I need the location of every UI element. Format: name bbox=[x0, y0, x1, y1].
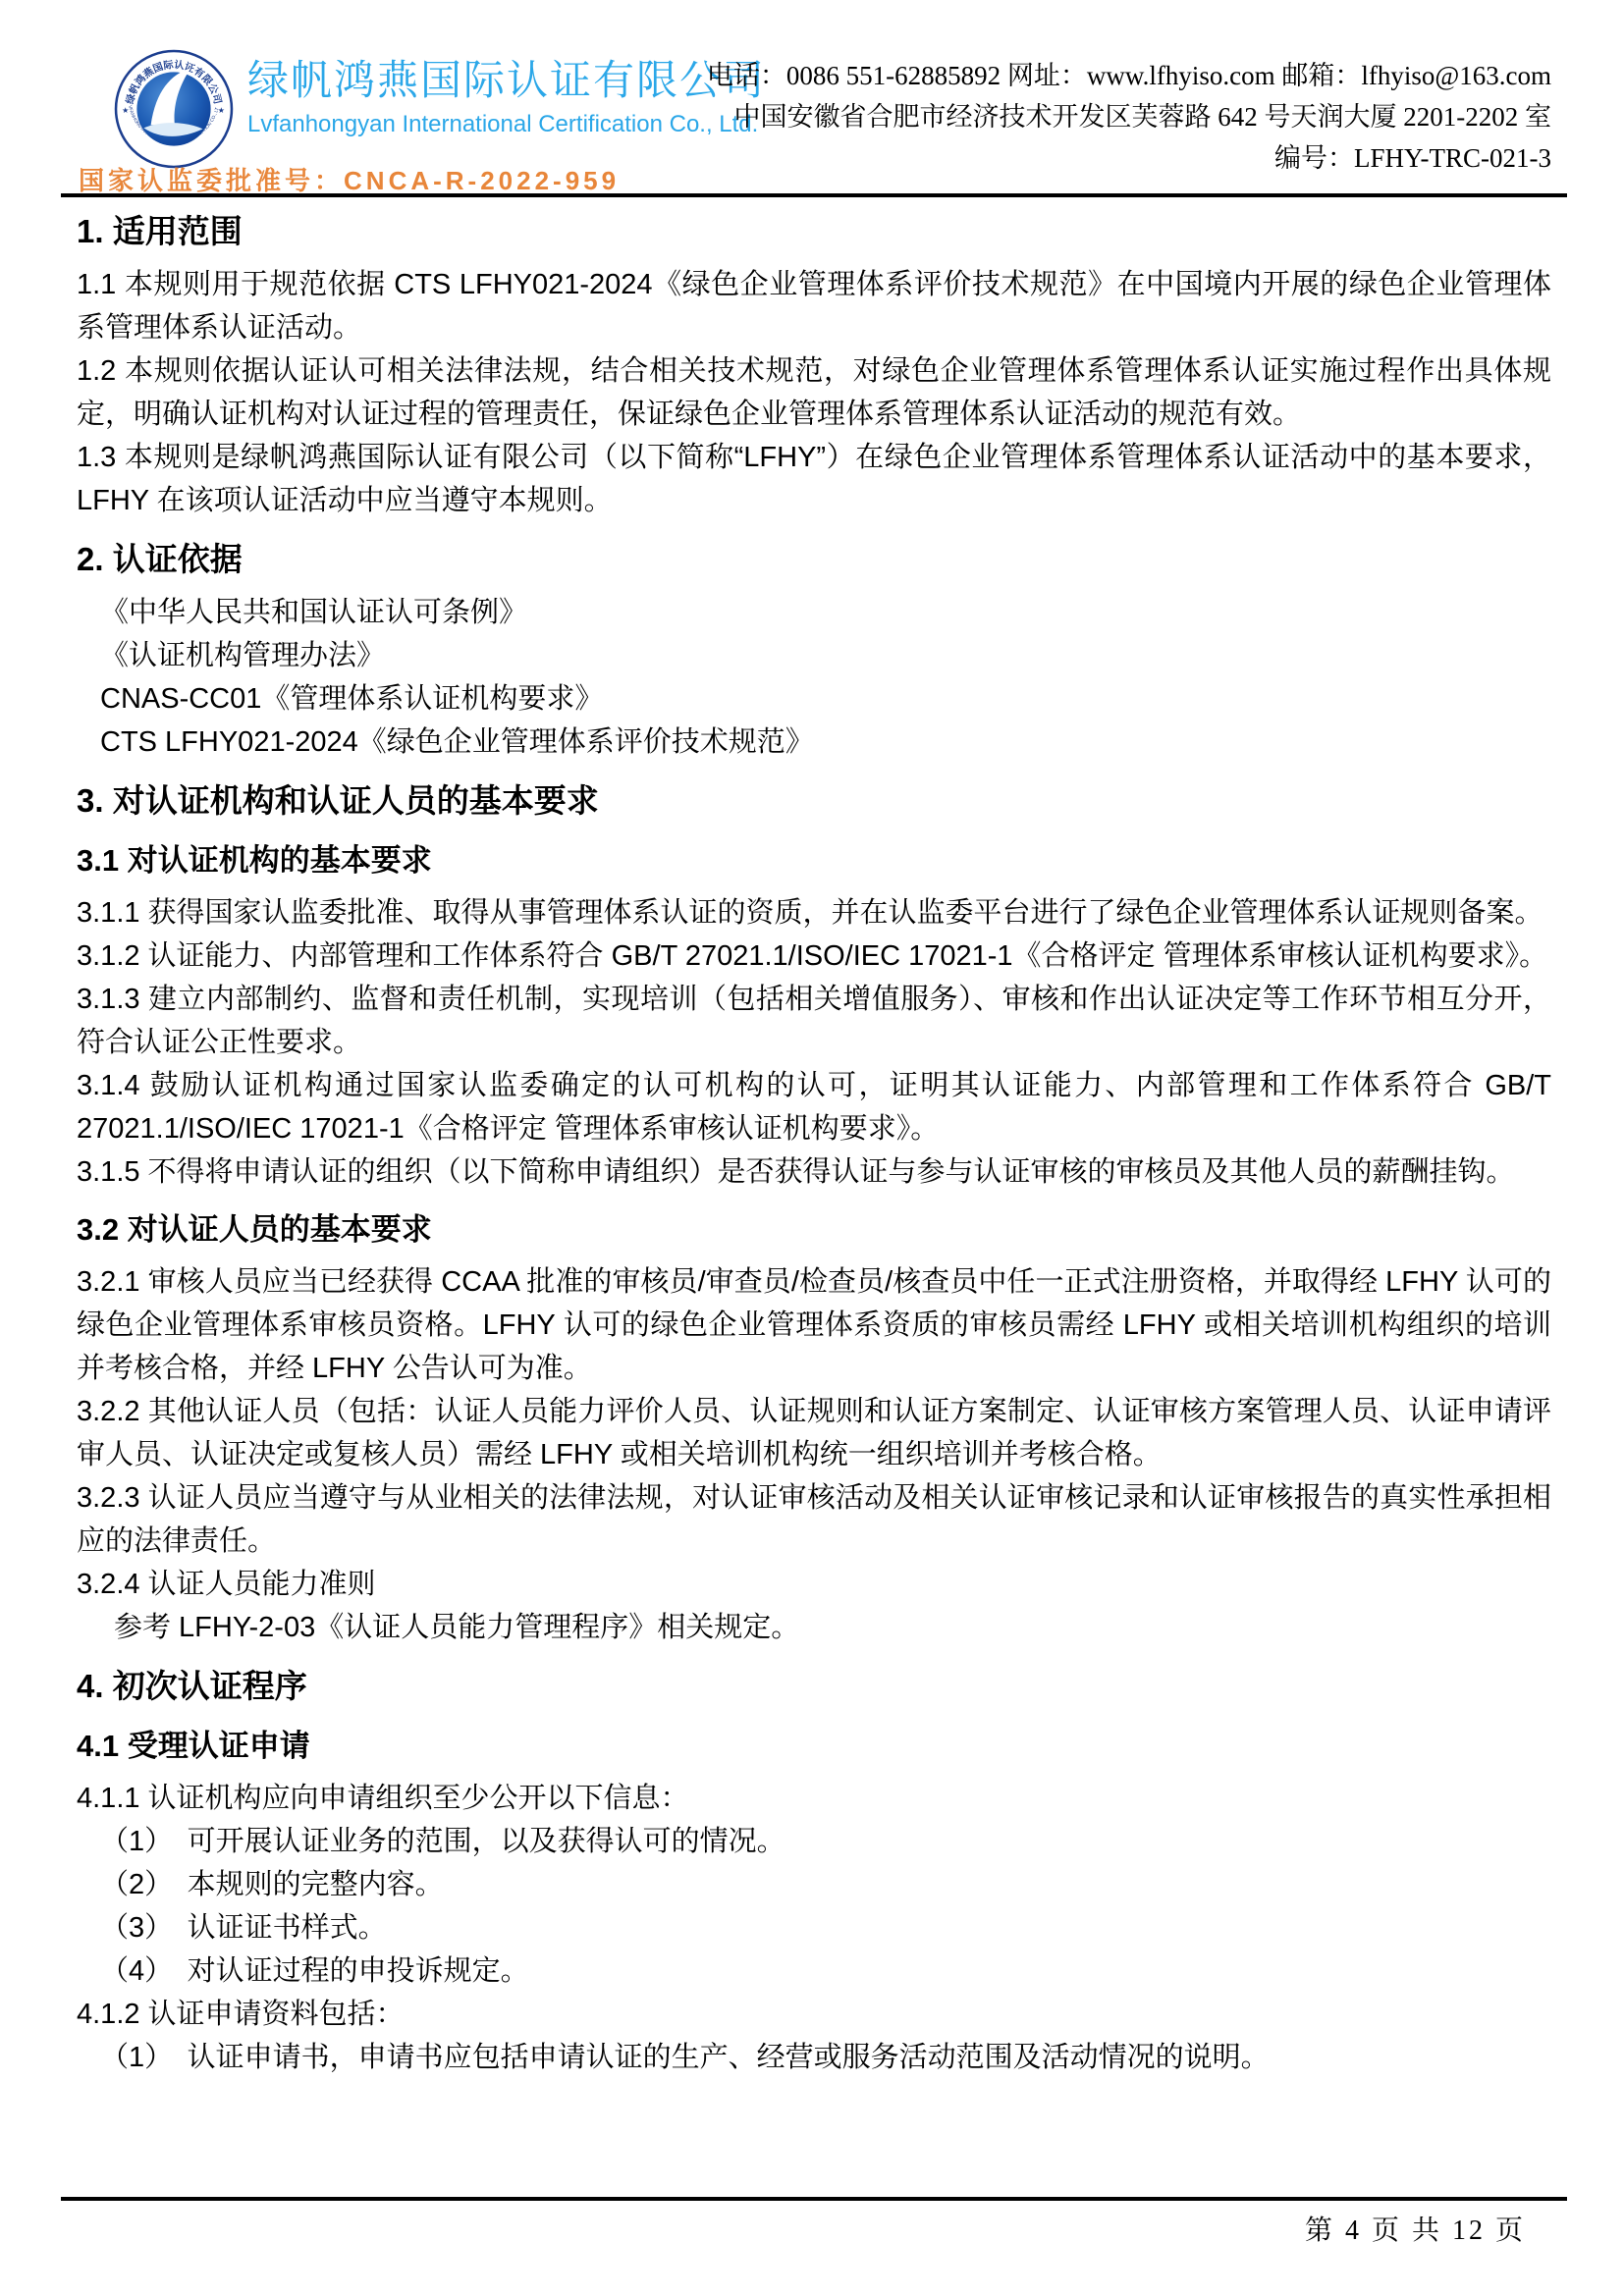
section-3-heading: 3. 对认证机构和认证人员的基本要求 bbox=[77, 777, 1551, 825]
approval-label: 国家认监委批准号： bbox=[79, 166, 344, 195]
company-logo: 绿帆鸿燕国际认证有限公司 LVFANHONGYAN INTERNATIONAL … bbox=[114, 49, 234, 169]
list-item-4-1-1-1: （1） 可开展认证业务的范围，以及获得认可的情况。 bbox=[77, 1820, 1551, 1863]
approval-number-line: 国家认监委批准号：CNCA-R-2022-959 bbox=[79, 161, 620, 197]
footer-divider bbox=[61, 2197, 1567, 2201]
list-item-4-1-2-1: （1） 认证申请书，申请书应包括申请认证的生产、经营或服务活动范围及活动情况的说… bbox=[77, 2036, 1551, 2079]
clause-3-2-3: 3.2.3 认证人员应当遵守与从业相关的法律法规，对认证审核活动及相关认证审核记… bbox=[77, 1476, 1551, 1563]
header-divider bbox=[61, 193, 1567, 197]
clause-3-2-1: 3.2.1 审核人员应当已经获得 CCAA 批准的审核员/审查员/检查员/核查员… bbox=[77, 1260, 1551, 1390]
clause-3-1-1: 3.1.1 获得国家认监委批准、取得从事管理体系认证的资质，并在认监委平台进行了… bbox=[77, 891, 1551, 934]
doc-number: 编号：LFHY-TRC-021-3 bbox=[707, 137, 1551, 179]
company-name-block: 绿帆鸿燕国际认证有限公司 Lvfanhongyan International … bbox=[247, 51, 766, 139]
clause-3-1-3: 3.1.3 建立内部制约、监督和责任机制，实现培训（包括相关增值服务）、审核和作… bbox=[77, 978, 1551, 1064]
section-2-heading: 2. 认证依据 bbox=[77, 536, 1551, 583]
clause-3-2-4: 3.2.4 认证人员能力准则 bbox=[77, 1563, 1551, 1606]
contact-block: 电话：0086 551-62885892 网址：www.lfhyiso.com … bbox=[707, 55, 1551, 179]
section-4-1-heading: 4.1 受理认证申请 bbox=[77, 1724, 1551, 1769]
company-seal-icon: 绿帆鸿燕国际认证有限公司 LVFANHONGYAN INTERNATIONAL … bbox=[114, 49, 234, 169]
section-3-1-heading: 3.1 对认证机构的基本要求 bbox=[77, 838, 1551, 883]
list-item-4-1-1-3: （3） 认证证书样式。 bbox=[77, 1906, 1551, 1949]
document-body: 1. 适用范围 1.1 本规则用于规范依据 CTS LFHY021-2024《绿… bbox=[77, 208, 1551, 2175]
clause-3-2-2: 3.2.2 其他认证人员（包括：认证人员能力评价人员、认证规则和认证方案制定、认… bbox=[77, 1390, 1551, 1476]
section-4-heading: 4. 初次认证程序 bbox=[77, 1663, 1551, 1710]
section-1-heading: 1. 适用范围 bbox=[77, 208, 1551, 255]
list-item-4-1-1-4: （4） 对认证过程的申投诉规定。 bbox=[77, 1949, 1551, 1993]
company-name-en: Lvfanhongyan International Certification… bbox=[247, 110, 766, 139]
contact-line-address: 中国安徽省合肥市经济技术开发区芙蓉路 642 号天润大厦 2201-2202 室 bbox=[707, 96, 1551, 137]
clause-1-3: 1.3 本规则是绿帆鸿燕国际认证有限公司（以下简称“LFHY”）在绿色企业管理体… bbox=[77, 436, 1551, 522]
contact-line-phone-web-email: 电话：0086 551-62885892 网址：www.lfhyiso.com … bbox=[707, 55, 1551, 96]
list-item-4-1-1-2: （2） 本规则的完整内容。 bbox=[77, 1863, 1551, 1906]
reference-item: 《中华人民共和国认证认可条例》 bbox=[77, 591, 1551, 634]
company-name-zh: 绿帆鸿燕国际认证有限公司 bbox=[247, 51, 766, 110]
clause-4-1-1: 4.1.1 认证机构应向申请组织至少公开以下信息： bbox=[77, 1777, 1551, 1820]
section-3-2-heading: 3.2 对认证人员的基本要求 bbox=[77, 1207, 1551, 1253]
approval-number: CNCA-R-2022-959 bbox=[344, 166, 620, 195]
reference-item: 《认证机构管理办法》 bbox=[77, 634, 1551, 677]
clause-3-1-4: 3.1.4 鼓励认证机构通过国家认监委确定的认可机构的认可，证明其认证能力、内部… bbox=[77, 1064, 1551, 1150]
clause-1-1: 1.1 本规则用于规范依据 CTS LFHY021-2024《绿色企业管理体系评… bbox=[77, 263, 1551, 349]
clause-3-1-5: 3.1.5 不得将申请认证的组织（以下简称申请组织）是否获得认证与参与认证审核的… bbox=[77, 1150, 1551, 1194]
clause-3-1-2: 3.1.2 认证能力、内部管理和工作体系符合 GB/T 27021.1/ISO/… bbox=[77, 934, 1551, 978]
reference-item: CTS LFHY021-2024《绿色企业管理体系评价技术规范》 bbox=[77, 721, 1551, 764]
clause-1-2: 1.2 本规则依据认证认可相关法律法规，结合相关技术规范，对绿色企业管理体系管理… bbox=[77, 349, 1551, 436]
page-number: 第 4 页 共 12 页 bbox=[1305, 2209, 1526, 2248]
reference-item: CNAS-CC01《管理体系认证机构要求》 bbox=[77, 677, 1551, 721]
clause-3-2-4-reference: 参考 LFHY-2-03《认证人员能力管理程序》相关规定。 bbox=[77, 1606, 1551, 1649]
logo-star-left: ★ bbox=[122, 106, 129, 115]
clause-4-1-2: 4.1.2 认证申请资料包括： bbox=[77, 1993, 1551, 2036]
document-page: 绿帆鸿燕国际认证有限公司 LVFANHONGYAN INTERNATIONAL … bbox=[0, 0, 1624, 2296]
logo-star-right: ★ bbox=[218, 106, 225, 115]
document-header: 绿帆鸿燕国际认证有限公司 LVFANHONGYAN INTERNATIONAL … bbox=[0, 0, 1624, 201]
